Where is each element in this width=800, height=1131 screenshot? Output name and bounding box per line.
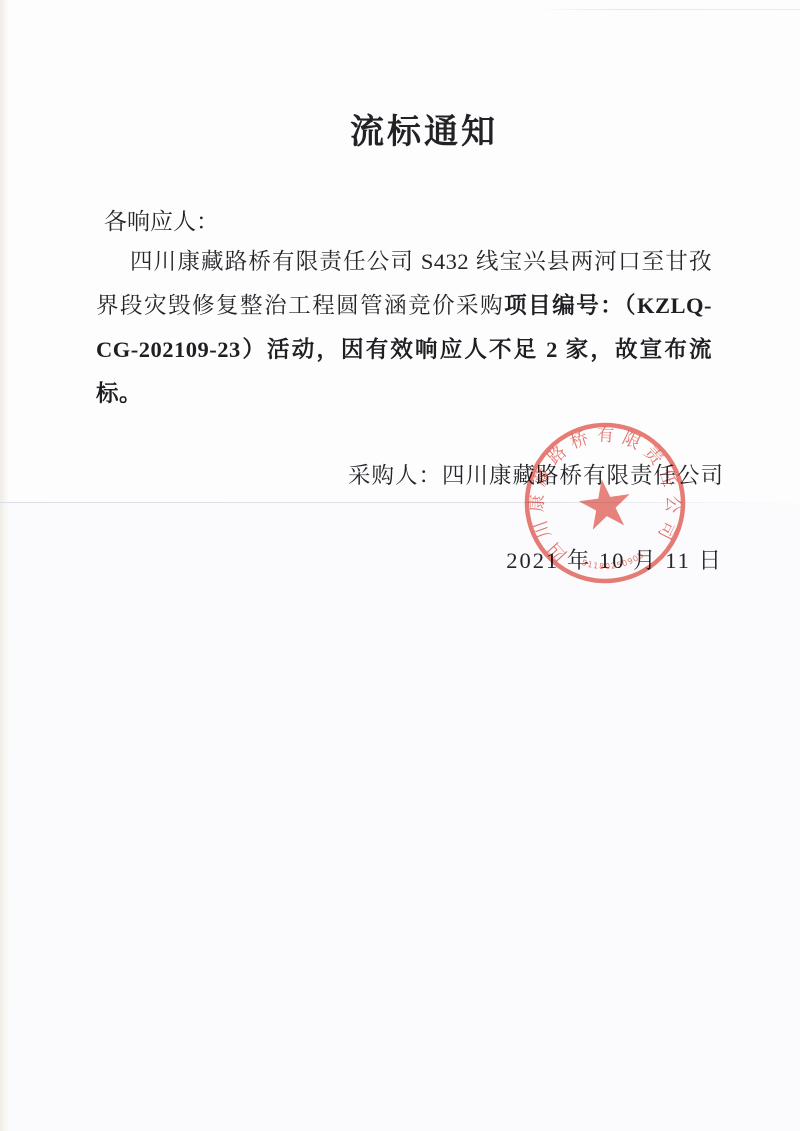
scanned-document-page: 流标通知 各响应人： 四川康藏路桥有限责任公司 S432 线宝兴县两河口至甘孜界… (0, 0, 800, 1131)
document-title: 流标通知 (0, 104, 800, 153)
body-paragraph: 四川康藏路桥有限责任公司 S432 线宝兴县两河口至甘孜界段灾毁修复整治工程圆管… (96, 240, 712, 416)
svg-text:51180250905: 51180250905 (579, 549, 647, 575)
scan-tint (0, 503, 800, 1131)
seal-star-icon (576, 476, 634, 532)
scan-line-artifact-top (536, 9, 800, 10)
seal-number-arc-text: 51180250905 (579, 549, 647, 575)
scan-edge-artifact (0, 0, 9, 1131)
company-seal: 四川康藏路桥有限责任公司 51180250905 (503, 401, 706, 604)
salutation-line: 各响应人： (104, 203, 219, 236)
